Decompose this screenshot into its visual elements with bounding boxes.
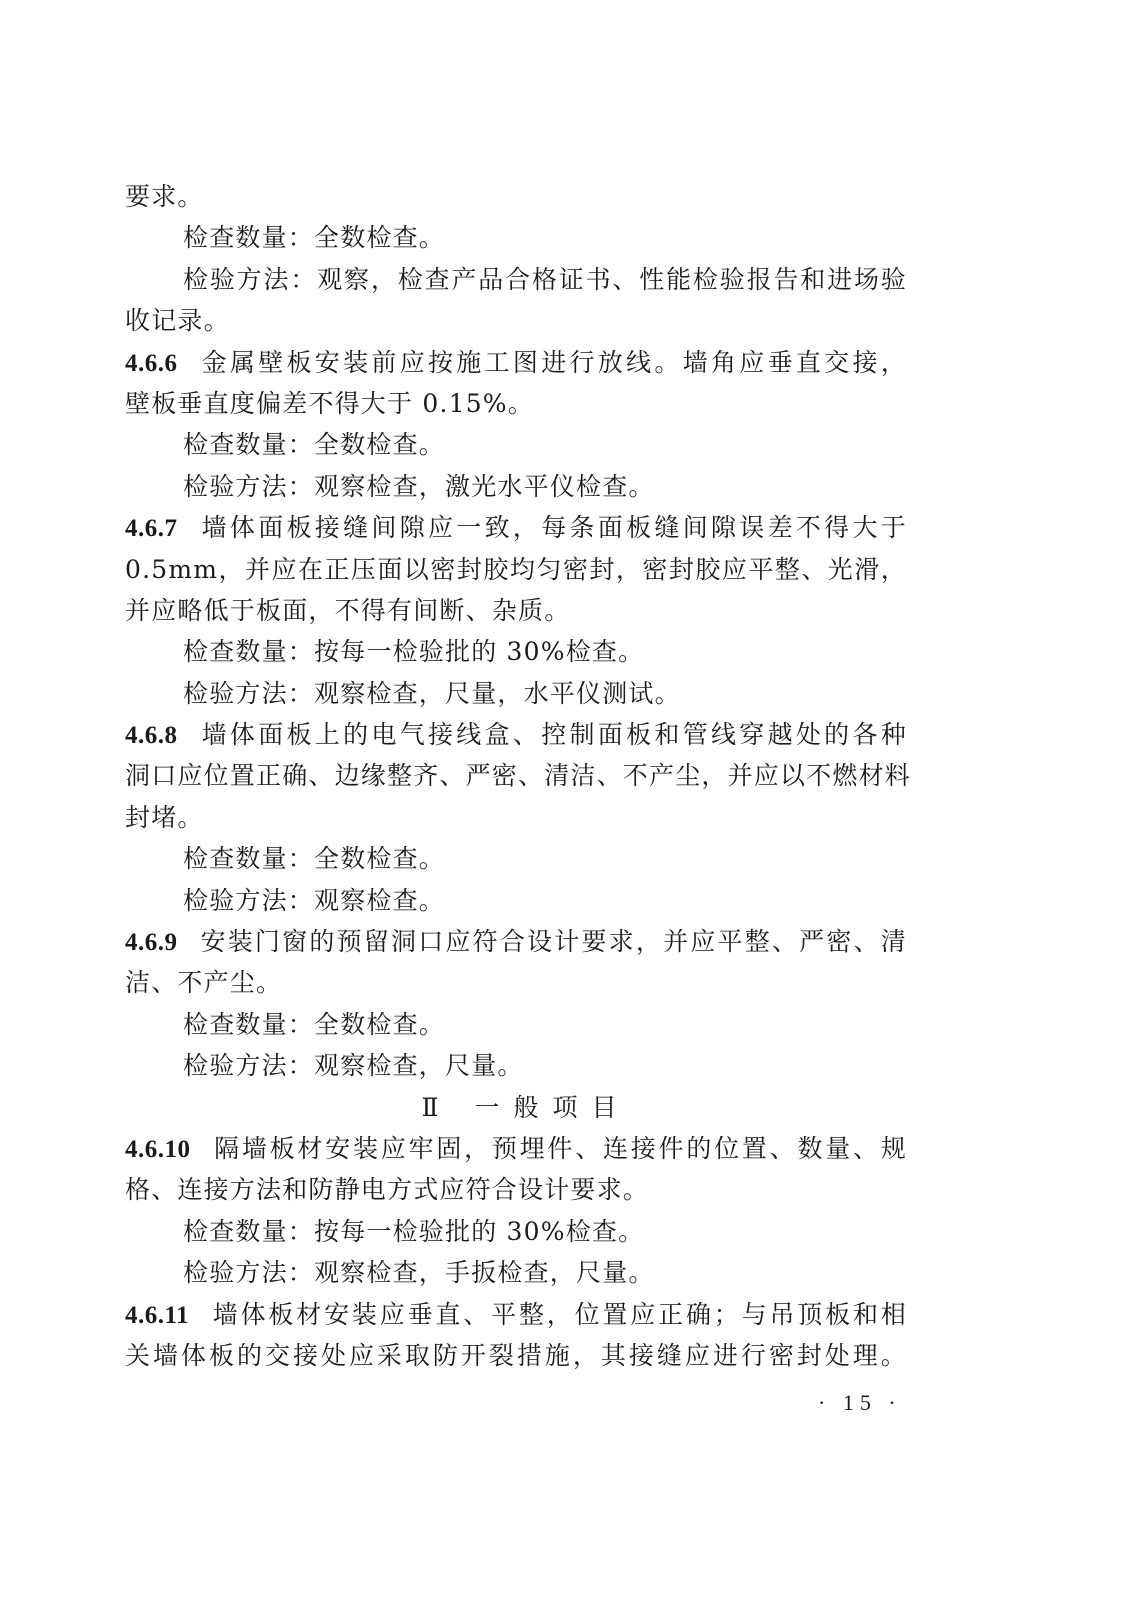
check-method-line: 检验方法：观察检查。	[125, 880, 907, 921]
line-text: 检查数量：全数检查。	[183, 1010, 445, 1039]
clause-4-6-11: 4.6.11墙体板材安装应垂直、平整，位置应正确；与吊顶板和相	[125, 1294, 907, 1335]
document-page: 要求。 检查数量：全数检查。 检验方法：观察，检查产品合格证书、性能检验报告和进…	[125, 176, 907, 1376]
check-quantity-line: 检查数量：全数检查。	[125, 217, 907, 258]
text-line: 格、连接方法和防静电方式应符合设计要求。	[125, 1169, 907, 1210]
check-quantity-line: 检查数量：全数检查。	[125, 424, 907, 465]
text-line: 0.5mm，并应在正压面以密封胶均匀密封，密封胶应平整、光滑，	[125, 549, 907, 590]
text-line: 壁板垂直度偏差不得大于 0.15%。	[125, 383, 907, 424]
clause-4-6-8: 4.6.8墙体面板上的电气接线盒、控制面板和管线穿越处的各种	[125, 714, 907, 755]
line-text: 格、连接方法和防静电方式应符合设计要求。	[125, 1175, 649, 1204]
text-line: 并应略低于板面，不得有间断、杂质。	[125, 590, 907, 631]
line-text: 检查数量：全数检查。	[183, 844, 445, 873]
line-text: 隔墙板材安装应牢固，预埋件、连接件的位置、数量、规	[213, 1134, 908, 1163]
page-number: · 15 ·	[818, 1390, 902, 1416]
line-text: 壁板垂直度偏差不得大于 0.15%。	[125, 389, 534, 418]
line-text: 并应略低于板面，不得有间断、杂质。	[125, 596, 570, 625]
line-text: 检查数量：全数检查。	[183, 430, 445, 459]
clause-number: 4.6.9	[125, 929, 178, 956]
line-text: 检查数量：按每一检验批的 30%检查。	[183, 637, 644, 666]
line-text: 要求。	[125, 182, 204, 211]
clause-4-6-10: 4.6.10隔墙板材安装应牢固，预埋件、连接件的位置、数量、规	[125, 1128, 907, 1169]
check-method-line: 检验方法：观察，检查产品合格证书、性能检验报告和进场验	[125, 259, 907, 300]
check-method-line: 检验方法：观察检查，手扳检查，尺量。	[125, 1252, 907, 1293]
clause-4-6-7: 4.6.7墙体面板接缝间隙应一致，每条面板缝间隙误差不得大于	[125, 507, 907, 548]
clause-number: 4.6.6	[125, 350, 178, 377]
line-text: 金属壁板安装前应按施工图进行放线。墙角应垂直交接，	[200, 348, 908, 377]
line-text: 检验方法：观察检查。	[183, 886, 445, 915]
text-line: 洞口应位置正确、边缘整齐、严密、清洁、不产尘，并应以不燃材料	[125, 755, 907, 796]
clause-number: 4.6.7	[125, 515, 178, 542]
section-heading: Ⅱ 一般项目	[125, 1087, 907, 1128]
line-text: 封堵。	[125, 803, 204, 832]
text-line: 关墙体板的交接处应采取防开裂措施，其接缝应进行密封处理。	[125, 1335, 907, 1376]
line-text: 墙体面板上的电气接线盒、控制面板和管线穿越处的各种	[200, 720, 908, 749]
line-text: 墙体面板接缝间隙应一致，每条面板缝间隙误差不得大于	[200, 513, 908, 542]
heading-text: Ⅱ 一般项目	[422, 1093, 631, 1122]
check-method-line: 检验方法：观察检查，尺量。	[125, 1045, 907, 1086]
text-line: 封堵。	[125, 797, 907, 838]
text-line: 洁、不产尘。	[125, 962, 907, 1003]
line-text: 检验方法：观察检查，激光水平仪检查。	[183, 472, 655, 501]
clause-4-6-6: 4.6.6金属壁板安装前应按施工图进行放线。墙角应垂直交接，	[125, 342, 907, 383]
clause-number: 4.6.10	[125, 1136, 191, 1163]
line-text: 0.5mm，并应在正压面以密封胶均匀密封，密封胶应平整、光滑，	[125, 555, 907, 584]
line-text: 检验方法：观察，检查产品合格证书、性能检验报告和进场验	[183, 265, 907, 294]
line-text: 检查数量：按每一检验批的 30%检查。	[183, 1217, 644, 1246]
clause-number: 4.6.11	[125, 1302, 189, 1329]
line-text: 安装门窗的预留洞口应符合设计要求，并应平整、严密、清	[200, 927, 908, 956]
line-text: 检验方法：观察检查，尺量。	[183, 1051, 524, 1080]
line-text: 检验方法：观察检查，手扳检查，尺量。	[183, 1258, 655, 1287]
line-text: 收记录。	[125, 306, 230, 335]
check-quantity-line: 检查数量：全数检查。	[125, 838, 907, 879]
line-text: 检验方法：观察检查，尺量，水平仪测试。	[183, 679, 681, 708]
text-line: 收记录。	[125, 300, 907, 341]
check-method-line: 检验方法：观察检查，尺量，水平仪测试。	[125, 673, 907, 714]
check-quantity-line: 检查数量：全数检查。	[125, 1004, 907, 1045]
check-quantity-line: 检查数量：按每一检验批的 30%检查。	[125, 1211, 907, 1252]
line-text: 洞口应位置正确、边缘整齐、严密、清洁、不产尘，并应以不燃材料	[125, 761, 911, 790]
clause-4-6-9: 4.6.9安装门窗的预留洞口应符合设计要求，并应平整、严密、清	[125, 921, 907, 962]
clause-number: 4.6.8	[125, 722, 178, 749]
line-text: 关墙体板的交接处应采取防开裂措施，其接缝应进行密封处理。	[125, 1341, 907, 1370]
line-text: 检查数量：全数检查。	[183, 223, 445, 252]
line-text: 洁、不产尘。	[125, 968, 282, 997]
text-line: 要求。	[125, 176, 907, 217]
line-text: 墙体板材安装应垂直、平整，位置应正确；与吊顶板和相	[211, 1300, 907, 1329]
check-quantity-line: 检查数量：按每一检验批的 30%检查。	[125, 631, 907, 672]
check-method-line: 检验方法：观察检查，激光水平仪检查。	[125, 466, 907, 507]
